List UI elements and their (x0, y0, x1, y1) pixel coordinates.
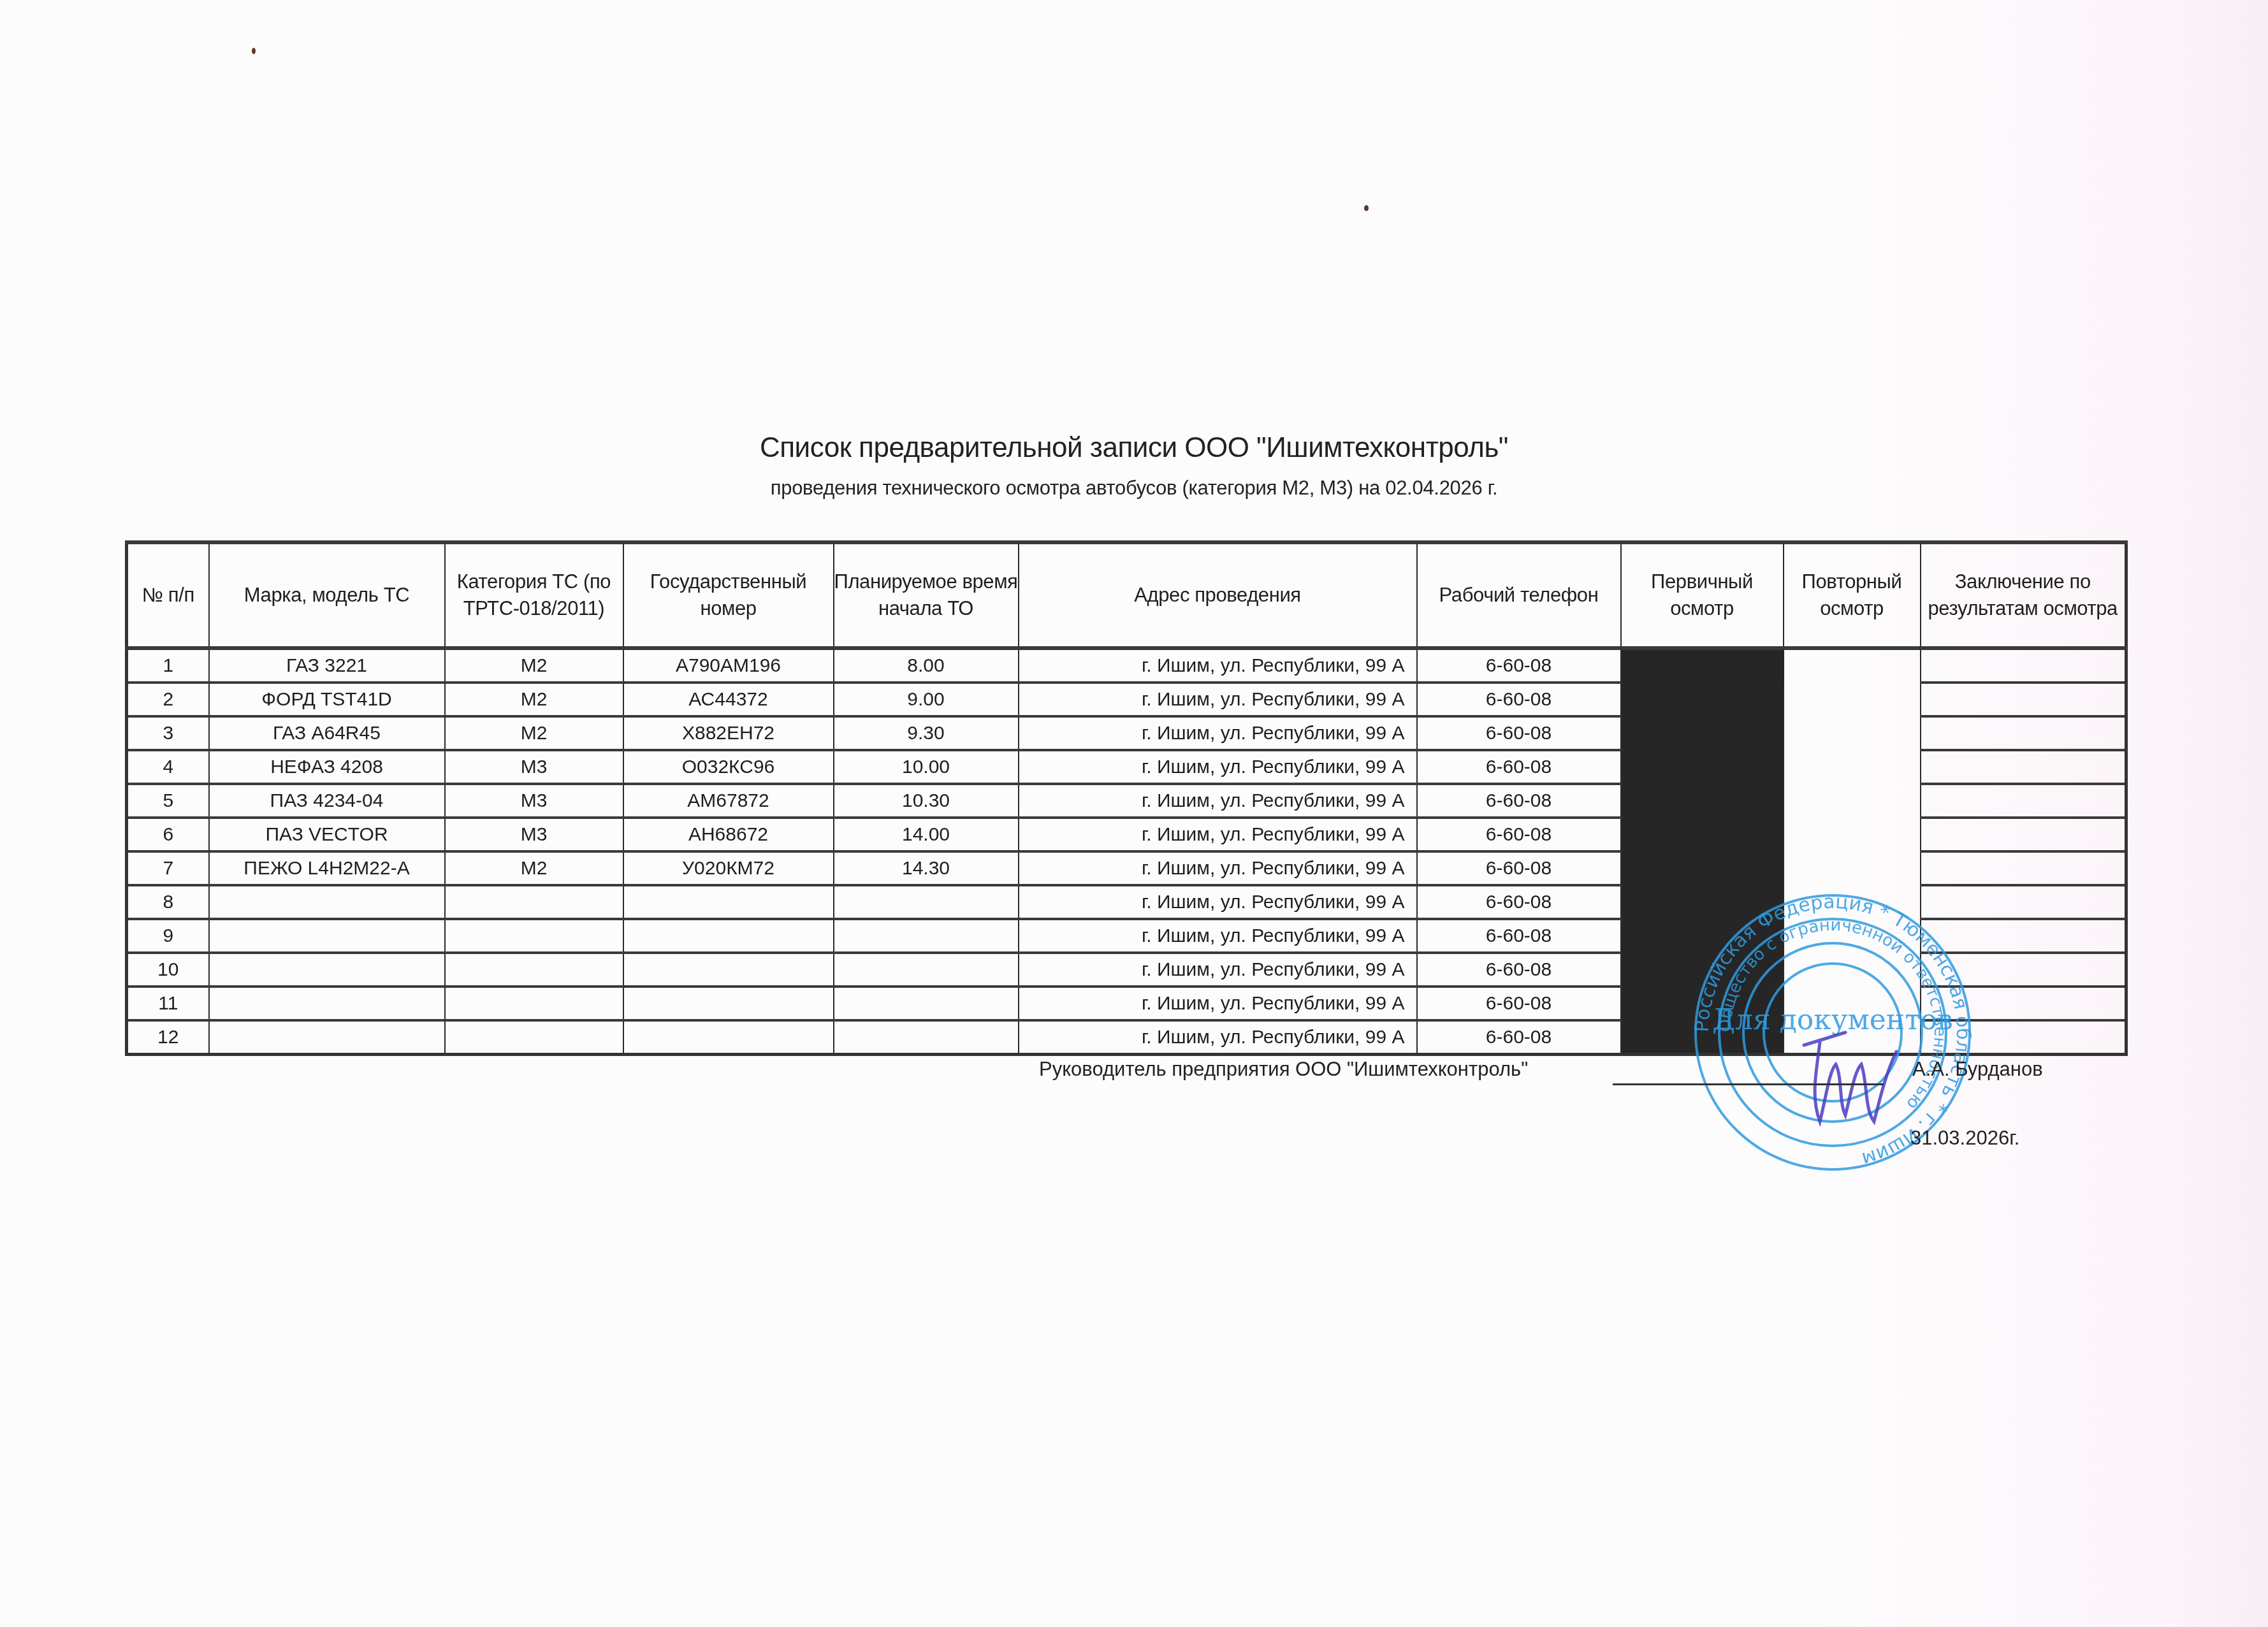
inspection-address: г. Ишим, ул. Республики, 99 А (1019, 851, 1417, 885)
signature-date: 31.03.2026г. (1910, 1127, 2019, 1150)
plate-number (623, 1020, 834, 1055)
plate-number: АН68672 (623, 818, 834, 851)
header-category: Категория ТС (по ТРТС-018/2011) (445, 542, 623, 648)
scan-speck (1364, 205, 1369, 211)
inspection-address: г. Ишим, ул. Республики, 99 А (1019, 716, 1417, 750)
vehicle-model (209, 885, 445, 919)
planned-time: 14.00 (834, 818, 1019, 851)
inspection-conclusion (1921, 648, 2126, 683)
inspection-conclusion (1921, 784, 2126, 818)
plate-number: Х882ЕН72 (623, 716, 834, 750)
inspection-conclusion (1921, 683, 2126, 716)
work-phone: 6-60-08 (1417, 716, 1621, 750)
work-phone: 6-60-08 (1417, 818, 1621, 851)
row-number: 7 (127, 851, 209, 885)
signature-line (1613, 1083, 1884, 1085)
primary-inspection (1621, 716, 1784, 750)
plate-number (623, 953, 834, 987)
header-phone: Рабочий телефон (1417, 542, 1621, 648)
primary-inspection (1621, 818, 1784, 851)
primary-inspection (1621, 784, 1784, 818)
inspection-address: г. Ишим, ул. Республики, 99 А (1019, 750, 1417, 784)
plate-number (623, 885, 834, 919)
plate-number: АМ67872 (623, 784, 834, 818)
row-number: 12 (127, 1020, 209, 1055)
inspection-address: г. Ишим, ул. Республики, 99 А (1019, 818, 1417, 851)
vehicle-category (445, 919, 623, 953)
inspection-conclusion (1921, 750, 2126, 784)
signatory-role: Руководитель предприятия ООО "Ишимтехкон… (1039, 1058, 1528, 1081)
vehicle-model: НЕФАЗ 4208 (209, 750, 445, 784)
vehicle-category: М3 (445, 818, 623, 851)
scan-speck (252, 48, 256, 54)
primary-inspection (1621, 648, 1784, 683)
row-number: 1 (127, 648, 209, 683)
header-plate: Государственный номер (623, 542, 834, 648)
plate-number (623, 987, 834, 1020)
planned-time: 14.30 (834, 851, 1019, 885)
vehicle-category: М3 (445, 784, 623, 818)
work-phone: 6-60-08 (1417, 953, 1621, 987)
header-primary: Первичный осмотр (1621, 542, 1784, 648)
inspection-address: г. Ишим, ул. Республики, 99 А (1019, 648, 1417, 683)
vehicle-model: ПЕЖО L4H2M22-A (209, 851, 445, 885)
primary-inspection (1621, 851, 1784, 885)
vehicle-category: М3 (445, 750, 623, 784)
vehicle-category (445, 1020, 623, 1055)
vehicle-model (209, 953, 445, 987)
inspection-address: г. Ишим, ул. Республики, 99 А (1019, 987, 1417, 1020)
planned-time (834, 919, 1019, 953)
vehicle-model (209, 987, 445, 1020)
plate-number: У020КМ72 (623, 851, 834, 885)
work-phone: 6-60-08 (1417, 919, 1621, 953)
document-subtitle: проведения технического осмотра автобусо… (0, 477, 2268, 500)
planned-time: 10.00 (834, 750, 1019, 784)
primary-inspection (1621, 683, 1784, 716)
planned-time: 10.30 (834, 784, 1019, 818)
inspection-conclusion (1921, 818, 2126, 851)
table-header-row: № п/п Марка, модель ТС Категория ТС (по … (127, 542, 2126, 648)
vehicle-category: М2 (445, 851, 623, 885)
planned-time (834, 885, 1019, 919)
vehicle-model (209, 919, 445, 953)
vehicle-model: ПАЗ 4234-04 (209, 784, 445, 818)
row-number: 4 (127, 750, 209, 784)
document-title: Список предварительной записи ООО "Ишимт… (0, 432, 2268, 464)
work-phone: 6-60-08 (1417, 683, 1621, 716)
inspection-address: г. Ишим, ул. Республики, 99 А (1019, 683, 1417, 716)
row-number: 2 (127, 683, 209, 716)
primary-inspection (1621, 750, 1784, 784)
vehicle-category: М2 (445, 683, 623, 716)
work-phone: 6-60-08 (1417, 648, 1621, 683)
row-number: 11 (127, 987, 209, 1020)
inspection-conclusion (1921, 851, 2126, 885)
planned-time (834, 1020, 1019, 1055)
planned-time: 8.00 (834, 648, 1019, 683)
inspection-address: г. Ишим, ул. Республики, 99 А (1019, 885, 1417, 919)
plate-number: О032КС96 (623, 750, 834, 784)
work-phone: 6-60-08 (1417, 987, 1621, 1020)
header-model: Марка, модель ТС (209, 542, 445, 648)
row-number: 5 (127, 784, 209, 818)
vehicle-category (445, 953, 623, 987)
header-address: Адрес проведения (1019, 542, 1417, 648)
inspection-address: г. Ишим, ул. Республики, 99 А (1019, 919, 1417, 953)
inspection-address: г. Ишим, ул. Республики, 99 А (1019, 784, 1417, 818)
header-repeat: Повторный осмотр (1784, 542, 1921, 648)
plate-number: А790АМ196 (623, 648, 834, 683)
inspection-conclusion (1921, 716, 2126, 750)
planned-time: 9.00 (834, 683, 1019, 716)
vehicle-category: М2 (445, 716, 623, 750)
work-phone: 6-60-08 (1417, 784, 1621, 818)
vehicle-model: ГАЗ 3221 (209, 648, 445, 683)
row-number: 6 (127, 818, 209, 851)
work-phone: 6-60-08 (1417, 851, 1621, 885)
inspection-address: г. Ишим, ул. Республики, 99 А (1019, 1020, 1417, 1055)
header-number: № п/п (127, 542, 209, 648)
row-number: 3 (127, 716, 209, 750)
vehicle-model: ГАЗ A64R45 (209, 716, 445, 750)
vehicle-model: ФОРД TST41D (209, 683, 445, 716)
row-number: 10 (127, 953, 209, 987)
row-number: 8 (127, 885, 209, 919)
table-row: 1ГАЗ 3221М2А790АМ1968.00г. Ишим, ул. Рес… (127, 648, 2126, 683)
vehicle-category: М2 (445, 648, 623, 683)
plate-number: АС44372 (623, 683, 834, 716)
planned-time (834, 987, 1019, 1020)
vehicle-category (445, 987, 623, 1020)
signatory-name: А.А. Бурданов (1912, 1058, 2043, 1081)
vehicle-category (445, 885, 623, 919)
header-time: Планируемое время начала ТО (834, 542, 1019, 648)
header-conclusion: Заключение по результатам осмотра (1921, 542, 2126, 648)
plate-number (623, 919, 834, 953)
inspection-address: г. Ишим, ул. Республики, 99 А (1019, 953, 1417, 987)
planned-time: 9.30 (834, 716, 1019, 750)
work-phone: 6-60-08 (1417, 750, 1621, 784)
planned-time (834, 953, 1019, 987)
vehicle-model (209, 1020, 445, 1055)
signature (1785, 1026, 1912, 1134)
vehicle-model: ПАЗ VECTOR (209, 818, 445, 851)
work-phone: 6-60-08 (1417, 885, 1621, 919)
row-number: 9 (127, 919, 209, 953)
work-phone: 6-60-08 (1417, 1020, 1621, 1055)
